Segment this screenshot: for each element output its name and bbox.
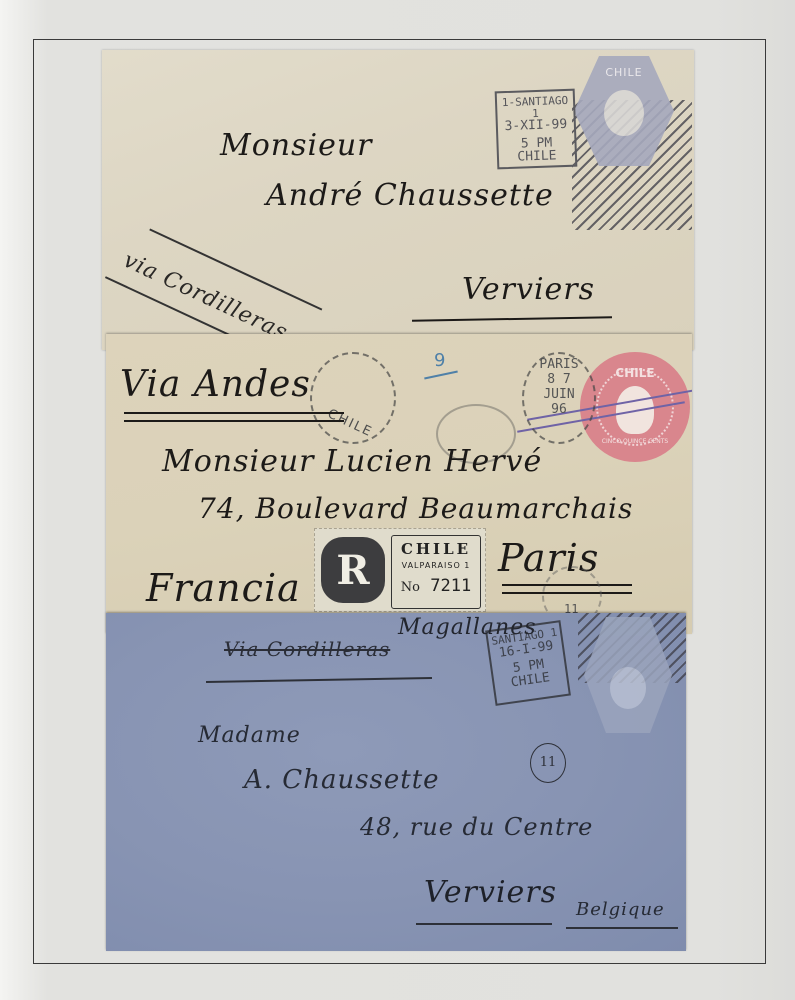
address-line: Madame: [198, 723, 301, 748]
address-line: Monsieur Lucien Hervé: [162, 444, 542, 479]
address-line: André Chaussette: [266, 178, 554, 213]
registration-number-row: No 7211: [392, 576, 480, 596]
postmark-line: PARIS: [524, 358, 594, 373]
registration-office: VALPARAISO 1: [392, 561, 480, 570]
blue-pencil-mark: 9: [434, 350, 445, 371]
postmark-line: 8 7: [524, 373, 594, 388]
address-line: Verviers: [424, 875, 557, 910]
stamp-country-text: CHILE: [580, 366, 690, 380]
address-line: A. Chaussette: [244, 765, 440, 795]
underline: [124, 420, 344, 422]
postmark-line: 3-XII-99: [498, 118, 574, 134]
address-line: Monsieur: [220, 128, 373, 163]
underline: [412, 316, 612, 321]
routing-instruction: Via Andes: [120, 364, 311, 405]
underline: [416, 923, 552, 925]
stamp-value-text: CINCO QUINCE CENTS: [580, 438, 690, 445]
registration-letter: R: [336, 547, 369, 594]
postmark-paris: PARIS 8 7 JUIN 96: [522, 352, 596, 444]
address-line: Belgique: [576, 899, 665, 920]
address-line: Verviers: [462, 272, 595, 307]
postmark-line: 96: [524, 403, 594, 418]
underline: [566, 927, 678, 929]
routing-box: via Cordilleras: [102, 220, 304, 350]
stamp-country-text: CHILE: [574, 66, 674, 79]
address-line: 48, rue du Centre: [360, 813, 593, 841]
routing-instruction: via Cordilleras: [120, 248, 292, 346]
routing-correction: Magallanes: [398, 615, 537, 640]
registration-country: CHILE: [392, 540, 480, 558]
registration-details: CHILE VALPARAISO 1 No 7211: [391, 535, 481, 609]
circled-mark: 11: [530, 743, 566, 783]
underline: [124, 412, 344, 414]
registration-label: R CHILE VALPARAISO 1 No 7211: [314, 528, 486, 612]
postmark-line: JUIN: [524, 388, 594, 403]
underline: [206, 677, 432, 682]
postmark-santiago: 1-SANTIAGO 1 3-XII-99 5 PM CHILE: [495, 89, 578, 170]
postmark-chile-round: CHILE: [310, 352, 396, 444]
postmark-line: CHILE: [499, 149, 575, 165]
routing-struck-out: Via Cordilleras: [224, 637, 390, 661]
envelope-blue-santiago-verviers: SANTIAGO 1 16-I-99 5 PM CHILE Via Cordil…: [106, 613, 686, 951]
address-line: Francia: [146, 566, 301, 610]
address-line: 74, Boulevard Beaumarchais: [198, 492, 633, 525]
envelope-santiago-verviers: CHILE 1-SANTIAGO 1 3-XII-99 5 PM CHILE M…: [102, 50, 694, 350]
registration-r-emblem: R: [321, 537, 385, 603]
blue-pencil-underline: [424, 370, 458, 379]
registration-number-prefix: No: [401, 580, 420, 595]
registration-number: 7211: [430, 576, 471, 596]
